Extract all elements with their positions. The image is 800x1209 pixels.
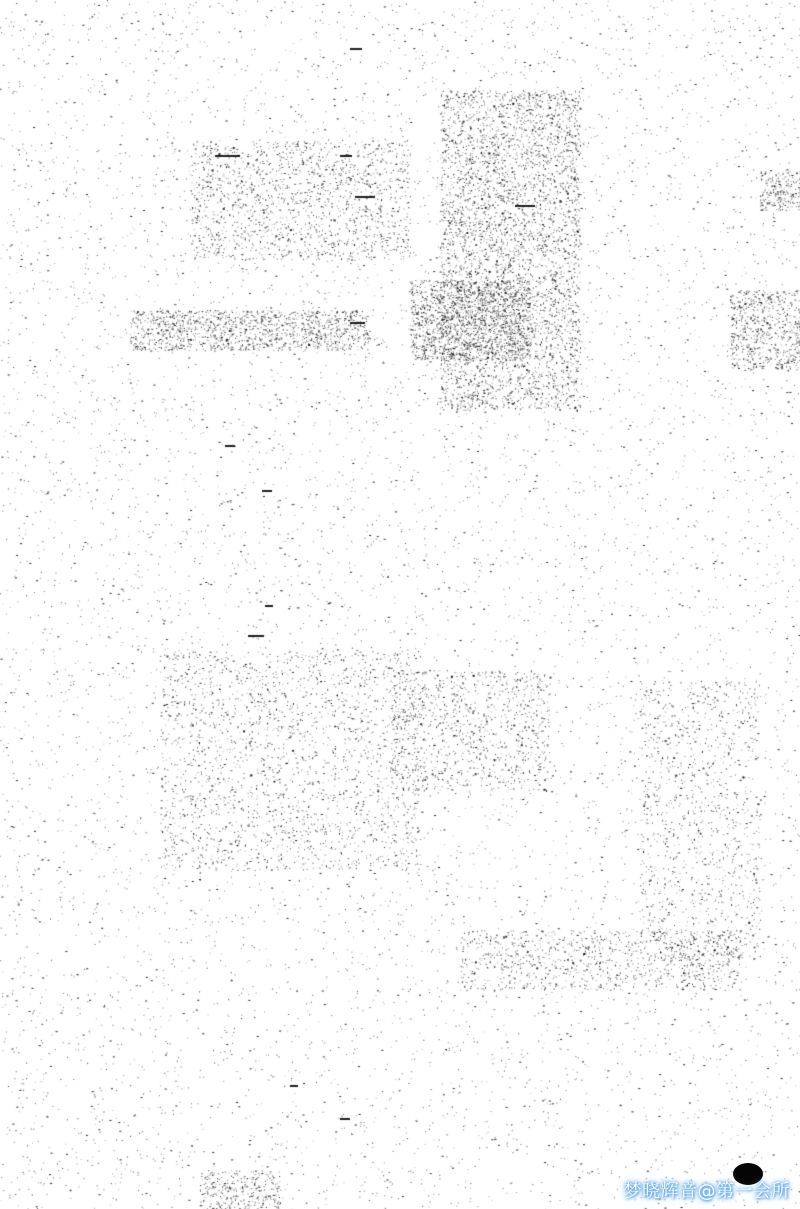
scan-noise-texture	[0, 0, 800, 1209]
scanned-page: 梦晓辉音@第一会所	[0, 0, 800, 1209]
watermark: 梦晓辉音@第一会所	[620, 1175, 795, 1205]
